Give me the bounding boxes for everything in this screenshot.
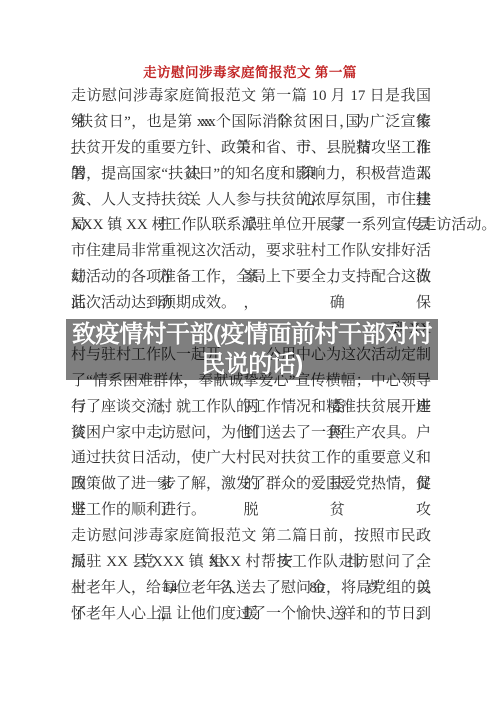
body-line: 政策做了进一步了解，激发了群众的爱国爱党热情，促进了脱贫攻 [71, 472, 431, 498]
overlay-title-line2: 民说的话) [66, 350, 438, 380]
body-line: 市住建局非常重视这次活动，要求驻村工作队安排好活动方案，做 [71, 239, 431, 265]
body-line: 通过扶贫日活动，使广大村民对扶贫工作的重要意义和国家的扶贫 [71, 446, 431, 472]
body-line: 走访慰问涉毒家庭简报范文 第一篇 10 月 17 日是我国第 xx 个国家 [71, 84, 431, 110]
body-line: 了老年人心上，让他们度过了一个愉快、祥和的节日。 [71, 602, 431, 628]
body-line: 行了座谈交流，就工作队的工作情况和精准扶贫展开座谈；到两户 [71, 395, 431, 421]
body-line: 扶贫开发的重要方针、政策和省、市、县脱贫攻坚工作的决策部 [71, 136, 431, 162]
overlay-title-banner: 致疫情村干部(疫情面前村干部对村 民说的话) [66, 319, 438, 380]
overlay-title-line1: 致疫情村干部(疫情面前村干部对村 [66, 320, 438, 350]
body-line: 走访慰问涉毒家庭简报范文 第二篇日前，按照市民政局党组安排， [71, 524, 431, 550]
body-line: 好活动的各项准备工作，全局上下要全力支持配合这次活动，确保 [71, 265, 431, 291]
body-line: 贫、人人支持扶贫、人人参与扶贫的浓厚氛围，市住建局驻阜蒙县 [71, 188, 431, 214]
body-line: 贫困户家中走访慰问，为他们送去了一套生产农具。 [71, 421, 431, 447]
document-page: 走访慰问涉毒家庭简报范文 第一篇 走访慰问涉毒家庭简报范文 第一篇 10 月 1… [0, 0, 500, 706]
body-line: XXX 镇 XX 村工作队联系派驻单位开展了一系列宣传走访活动。 [71, 213, 431, 239]
body-line: “扶贫日”，也是第 xx 个国际消除贫困日，为广泛宣传_、_关于精准 [71, 110, 431, 136]
body-line: 署，提高国家“扶贫日”的知名度和影响力，积极营造人人关心扶 [71, 162, 431, 188]
page-title: 走访慰问涉毒家庭简报范文 第一篇 [0, 61, 500, 81]
body-line: 上老年人，给每位老年人送去了慰问金，将局党组的关怀温暖送到 [71, 576, 431, 602]
body-line: 派驻 XX 县 XXX 镇 XXX 村帮扶工作队走访慰问了全村 14 名 80 … [71, 550, 431, 576]
